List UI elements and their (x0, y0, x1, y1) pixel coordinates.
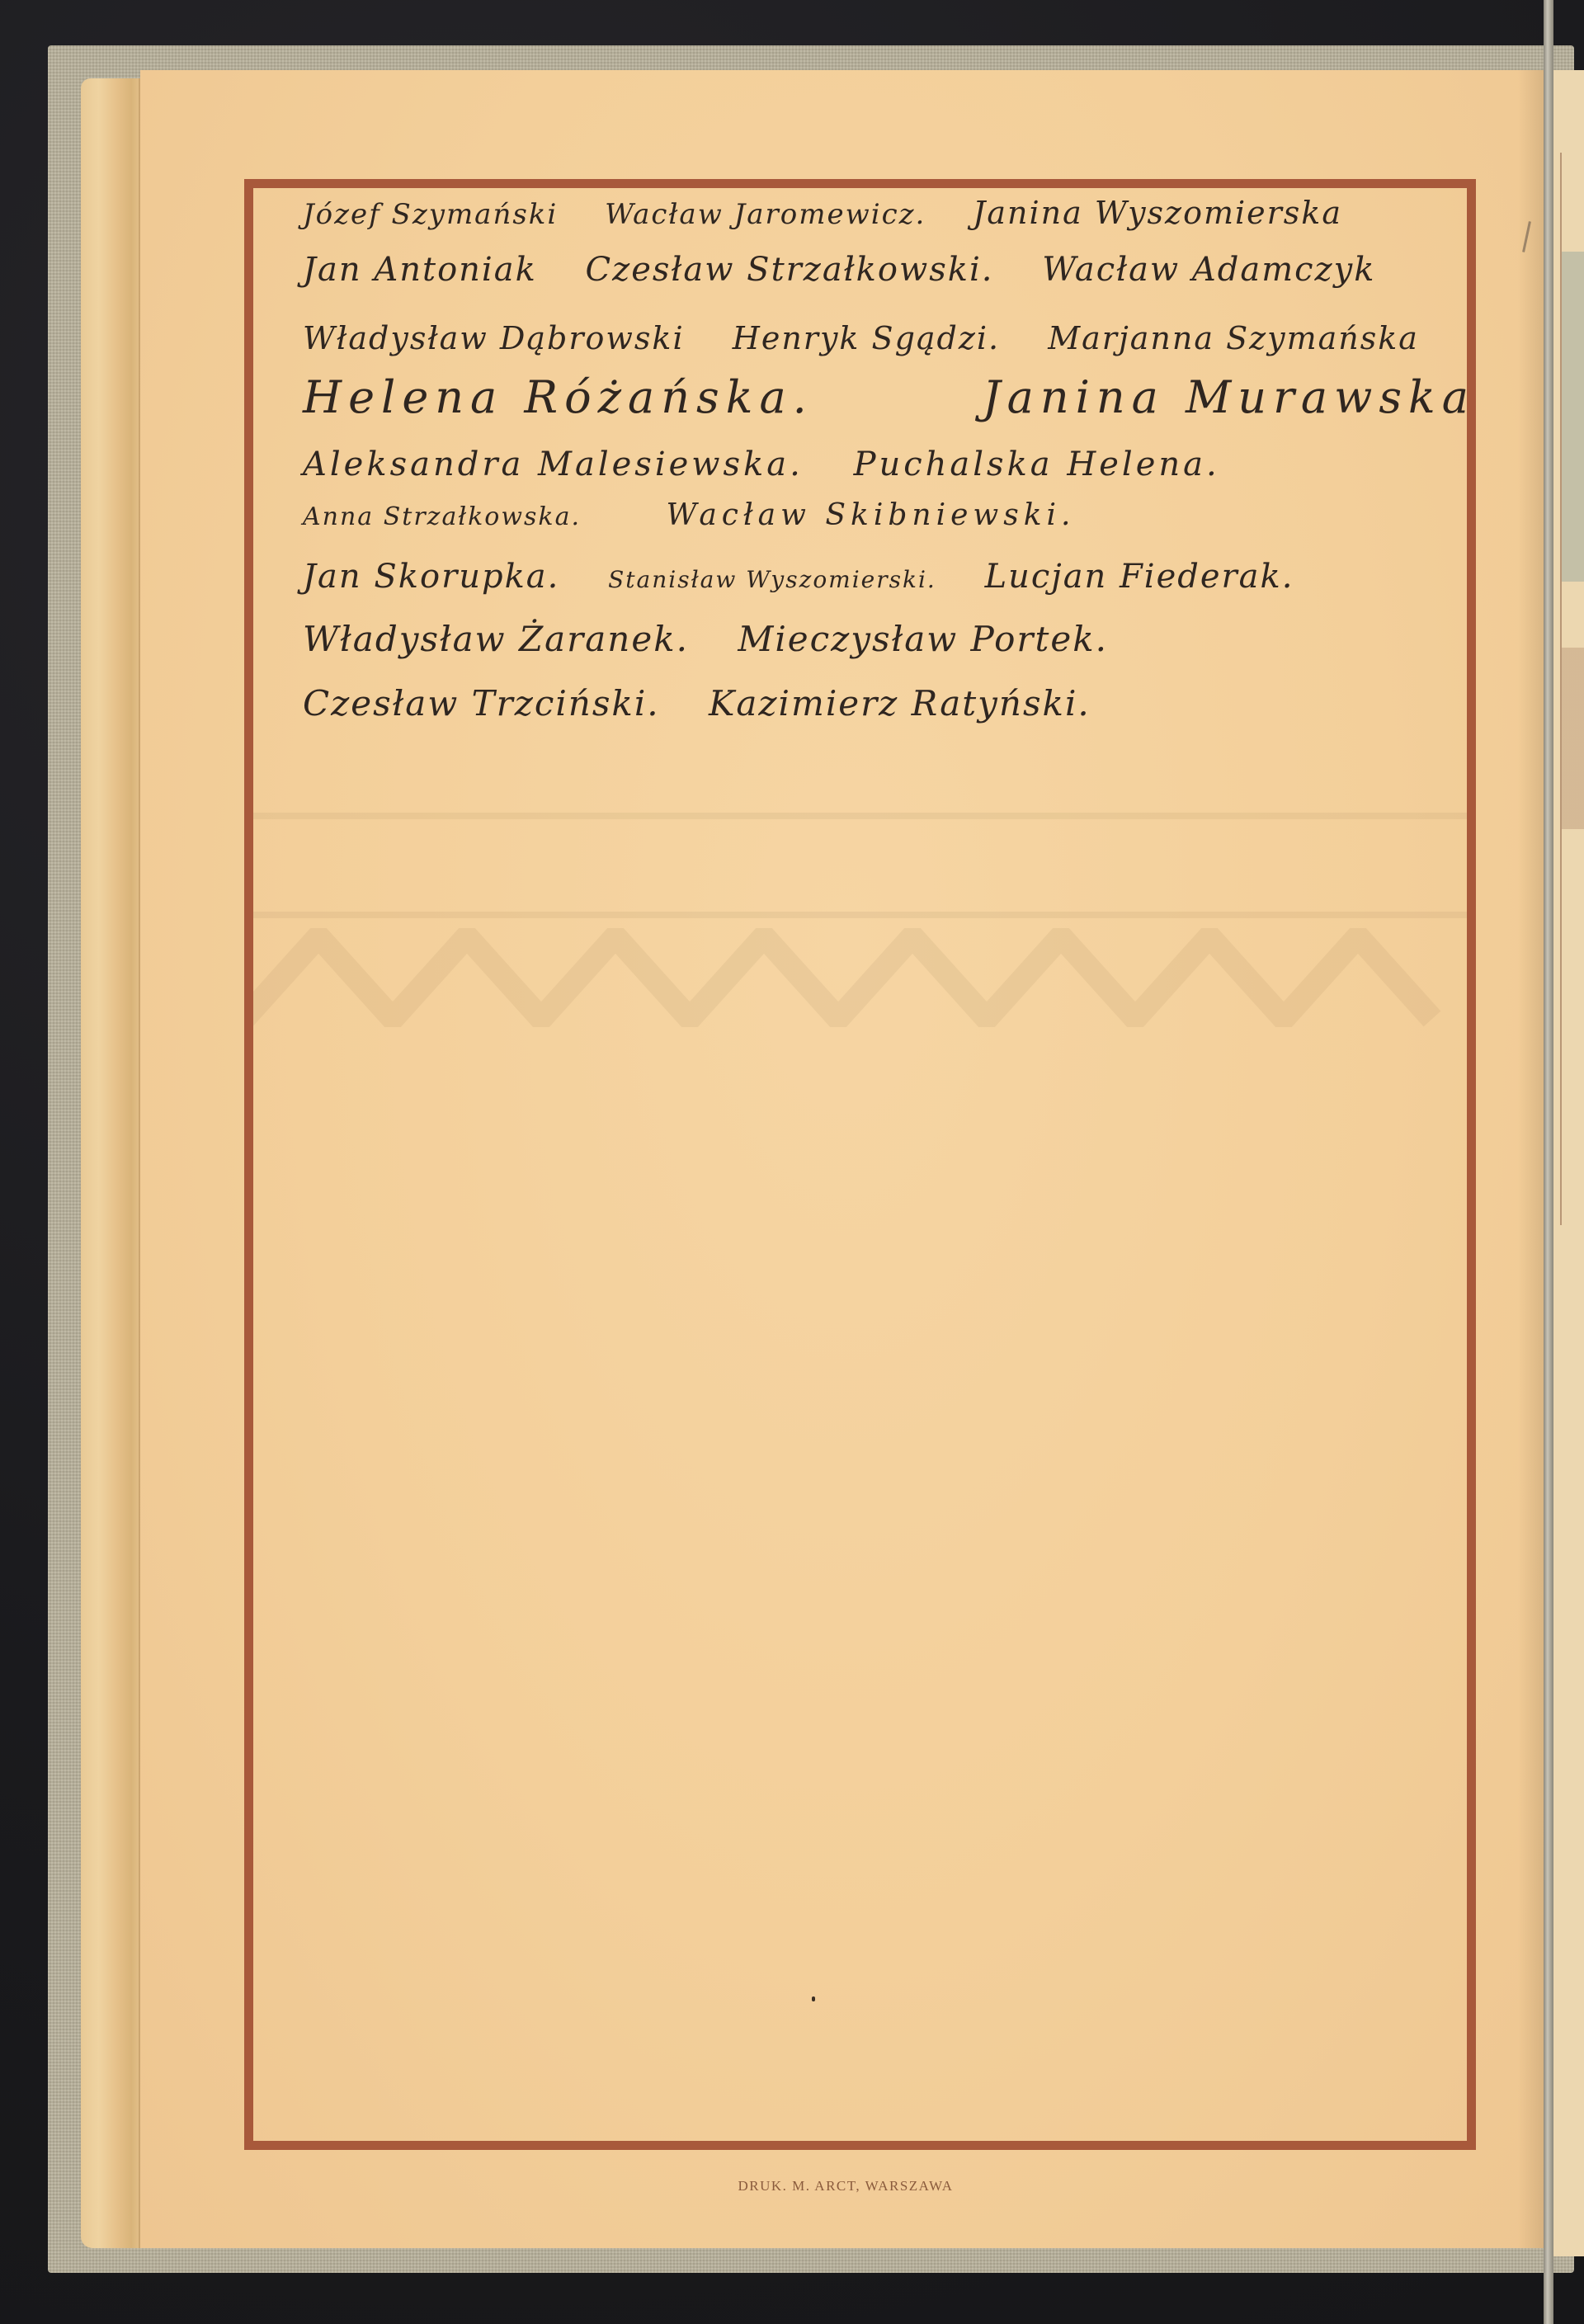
signature: Władysław Dąbrowski (303, 320, 685, 356)
signature: Kazimierz Ratyński. (709, 683, 1091, 724)
signature: Helena Różańska. (303, 371, 813, 423)
signature: Wacław Jaromewicz. (605, 198, 926, 231)
book-page: Józef Szymański Wacław Jaromewicz. Janin… (140, 70, 1551, 2248)
facing-page-ornament (1560, 153, 1584, 1225)
facing-page-edge (1553, 70, 1584, 2256)
signature-line: Józef Szymański Wacław Jaromewicz. Janin… (303, 195, 1379, 231)
ink-dot (812, 1996, 815, 2001)
signature: Wacław Skibniewski. (666, 498, 1075, 532)
signature-line: Jan Antoniak Czesław Strzałkowski. Wacła… (303, 251, 1412, 289)
signature: Mieczysław Portek. (738, 619, 1108, 659)
signature-line: Helena Różańska. Janina Murawska (303, 371, 1511, 423)
signature-line: Władysław Dąbrowski Henryk Sgądzi. Marja… (303, 320, 1455, 356)
signature-line: Aleksandra Malesiewska. Puchalska Helena… (303, 445, 1256, 483)
signature: Aleksandra Malesiewska. (303, 445, 804, 483)
signature: Marjanna Szymańska (1048, 320, 1419, 356)
signature: Władysław Żaranek. (303, 619, 689, 659)
signature: Janina Murawska (983, 371, 1475, 423)
signature: Lucjan Fiederak. (985, 558, 1294, 596)
signature-line: Czesław Trzciński. Kazimierz Ratyński. (303, 683, 1127, 724)
signature-line: Władysław Żaranek. Mieczysław Portek. (303, 619, 1144, 659)
signature-line: Anna Strzałkowska. Wacław Skibniewski. (303, 498, 1111, 532)
book-gutter (1544, 0, 1553, 2324)
printer-imprint: DRUK. M. ARCT, WARSZAWA (140, 2178, 1551, 2194)
signature: Wacław Adamczyk (1042, 251, 1375, 289)
signature: Stanisław Wyszomierski. (608, 566, 936, 593)
signature: Czesław Strzałkowski. (586, 251, 994, 289)
signature: Anna Strzałkowska. (303, 502, 581, 531)
page-edges (81, 78, 140, 2248)
signature: Puchalska Helena. (854, 445, 1220, 483)
signature: Czesław Trzciński. (303, 683, 660, 724)
signature: Jan Skorupka. (303, 558, 559, 596)
printed-frame: Józef Szymański Wacław Jaromewicz. Janin… (244, 179, 1476, 2150)
signature-line: Jan Skorupka. Stanisław Wyszomierski. Lu… (303, 558, 1330, 596)
signature: Jan Antoniak (303, 251, 537, 289)
signature: Janina Wyszomierska (973, 195, 1342, 231)
signature: Henryk Sgądzi. (733, 320, 1000, 356)
signature: Józef Szymański (303, 198, 558, 231)
